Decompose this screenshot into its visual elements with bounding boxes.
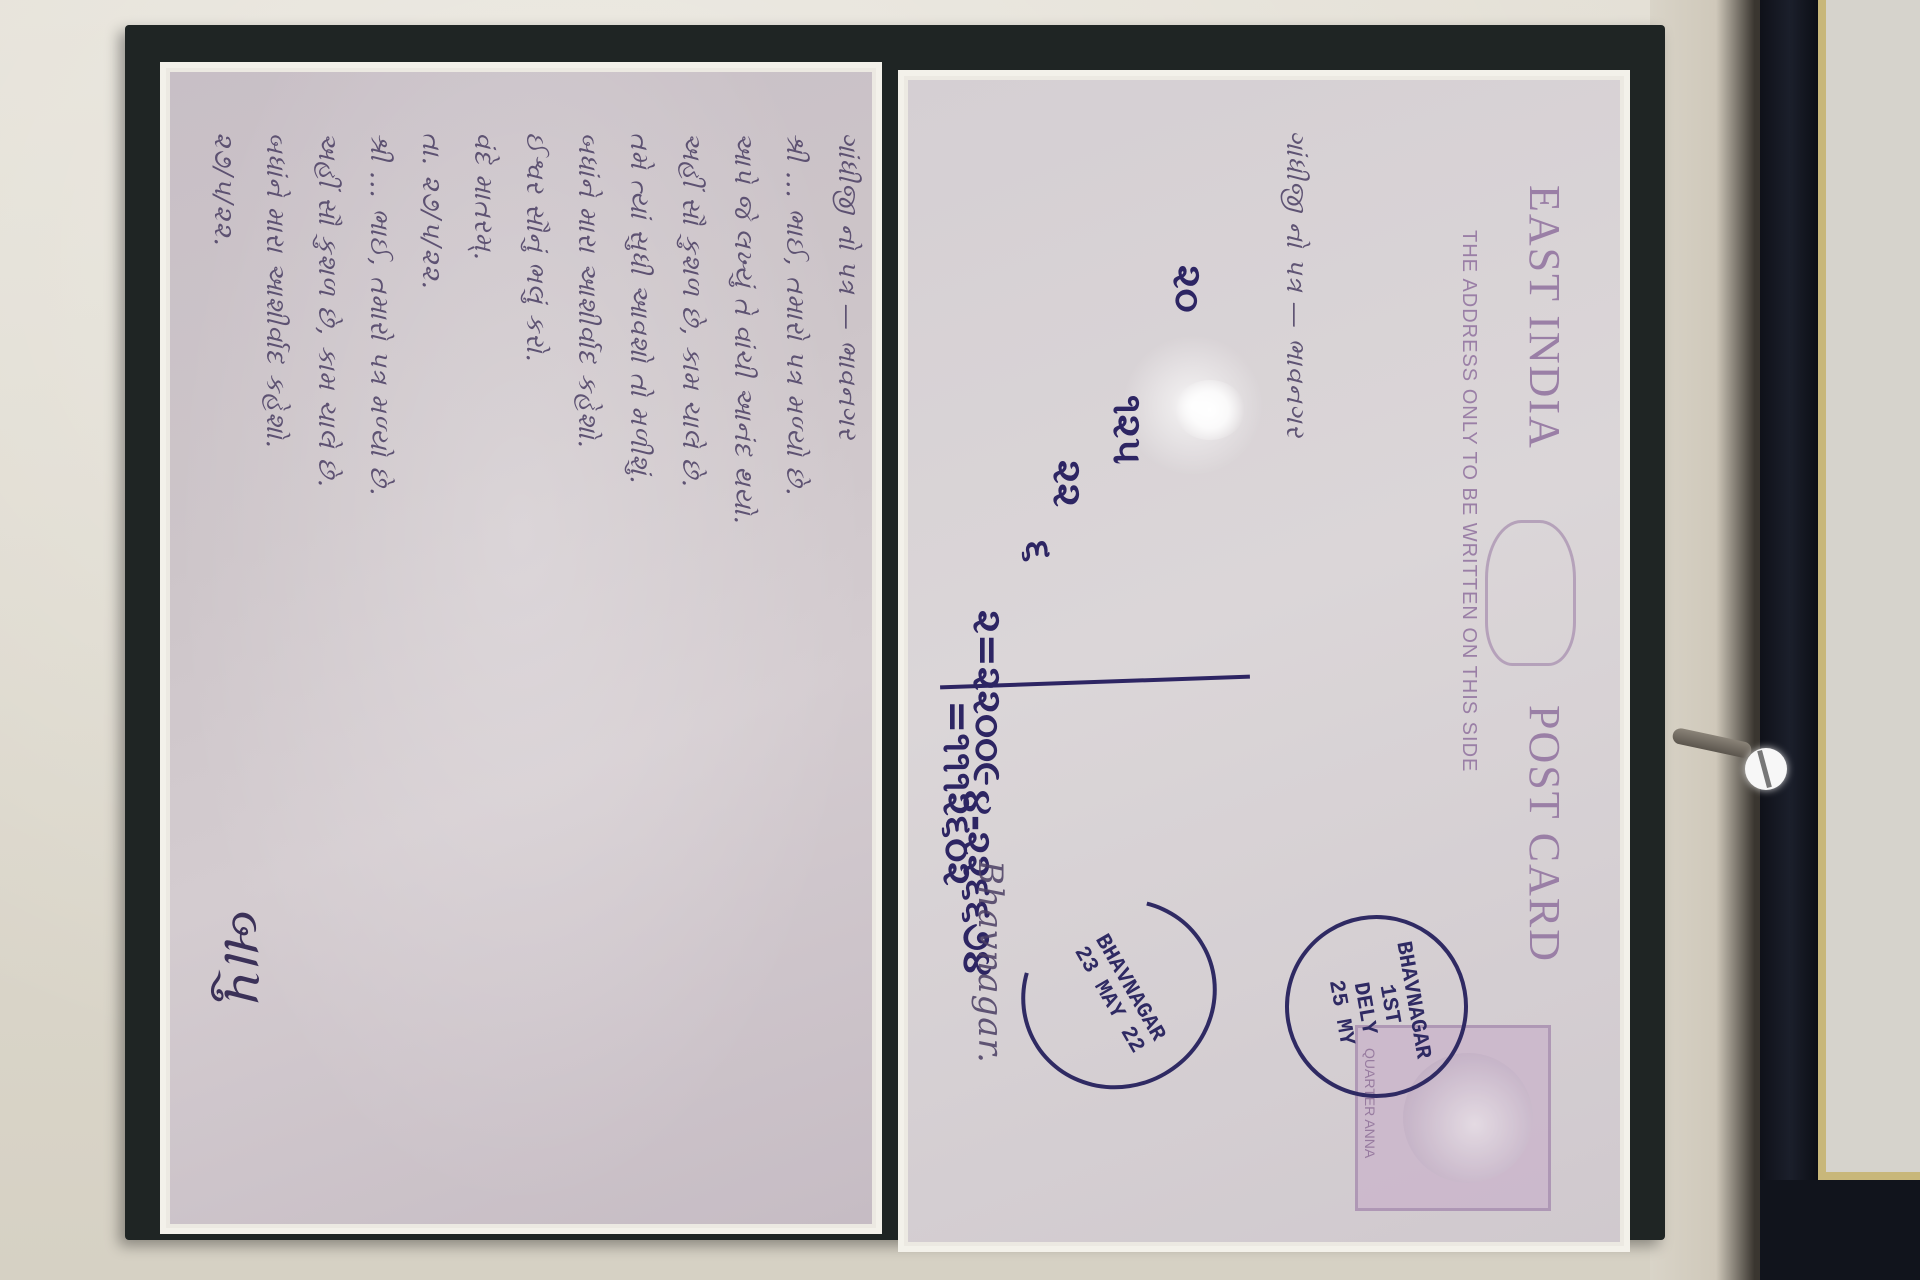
letter-line: શ્રી ... ભાઈ, તમારો પત્ર મળ્યો છે. — [779, 132, 810, 496]
letter-line: તા. ૨૭/૫/૨૨. — [415, 132, 446, 290]
letter-paper: ગાંધીજી નો પત્ર — ભાવનગર શ્રી ... ભાઈ, ત… — [170, 72, 872, 1224]
frame-gold-trim-bottom — [1818, 1172, 1920, 1180]
postcard-title-east-india: EAST INDIA — [1519, 185, 1570, 450]
letter-line: ઈશ્વર સૌનું ભલું કરો. — [519, 132, 550, 363]
address-line: ગાંધીજી નો પત્ર — ભાવનગર — [1279, 130, 1310, 438]
letter-line: તમે ત્યાં સુધી આવશો તો મળીશું. — [623, 132, 654, 484]
letter-line: ગાંધીજી નો પત્ર — ભાવનગર — [831, 132, 862, 440]
handwritten-number: ૨૨ — [1044, 460, 1090, 507]
signature: બાપુ — [210, 905, 276, 1000]
letter-line: શ્રી ... ભાઈ, તમારો પત્ર મળ્યો છે. — [363, 132, 394, 496]
screw-head-icon — [1745, 748, 1787, 790]
letter-line: બધાંને મારા આશીર્વાદ કહેશો. — [259, 132, 290, 449]
wall-strip — [1650, 0, 1760, 1280]
handwritten-number: ૧૨૫ — [1104, 395, 1150, 464]
frame-corner — [1760, 1180, 1920, 1280]
handwritten-number: ૨૦ — [1164, 265, 1210, 313]
letter-line: અહીં સૌ કુશળ છે, કામ ચાલે છે. — [675, 132, 706, 488]
letter-date: ૨૭/૫/૨૨. — [207, 132, 238, 247]
address-cursive: Bhavnagar. — [970, 860, 1010, 1064]
royal-crest-icon — [1485, 520, 1576, 666]
glass-glare — [1175, 380, 1245, 440]
letter-line: આપે જે લખ્યું તે વાંચી આનંદ થયો. — [727, 132, 758, 525]
postcard-instruction: THE ADDRESS ONLY TO BE WRITTEN ON THIS S… — [1457, 230, 1480, 772]
handwritten-number: ૬ — [1014, 540, 1060, 562]
adjacent-picture-frame — [1760, 0, 1820, 1280]
letter-sheet: ગાંધીજી નો પત્ર — ભાવનગર શ્રી ... ભાઈ, ત… — [160, 62, 882, 1234]
postcard-title-post-card: POST CARD — [1519, 705, 1570, 963]
frame-gold-trim — [1818, 0, 1826, 1180]
letter-line: અહીં સૌ કુશળ છે, કામ ચાલે છે. — [311, 132, 342, 488]
letter-line: બધાંને મારા આશીર્વાદ કહેશો. — [571, 132, 602, 449]
adjacent-frame-canvas — [1826, 0, 1920, 1172]
letter-line: વંદે માતરમ્. — [467, 132, 498, 261]
